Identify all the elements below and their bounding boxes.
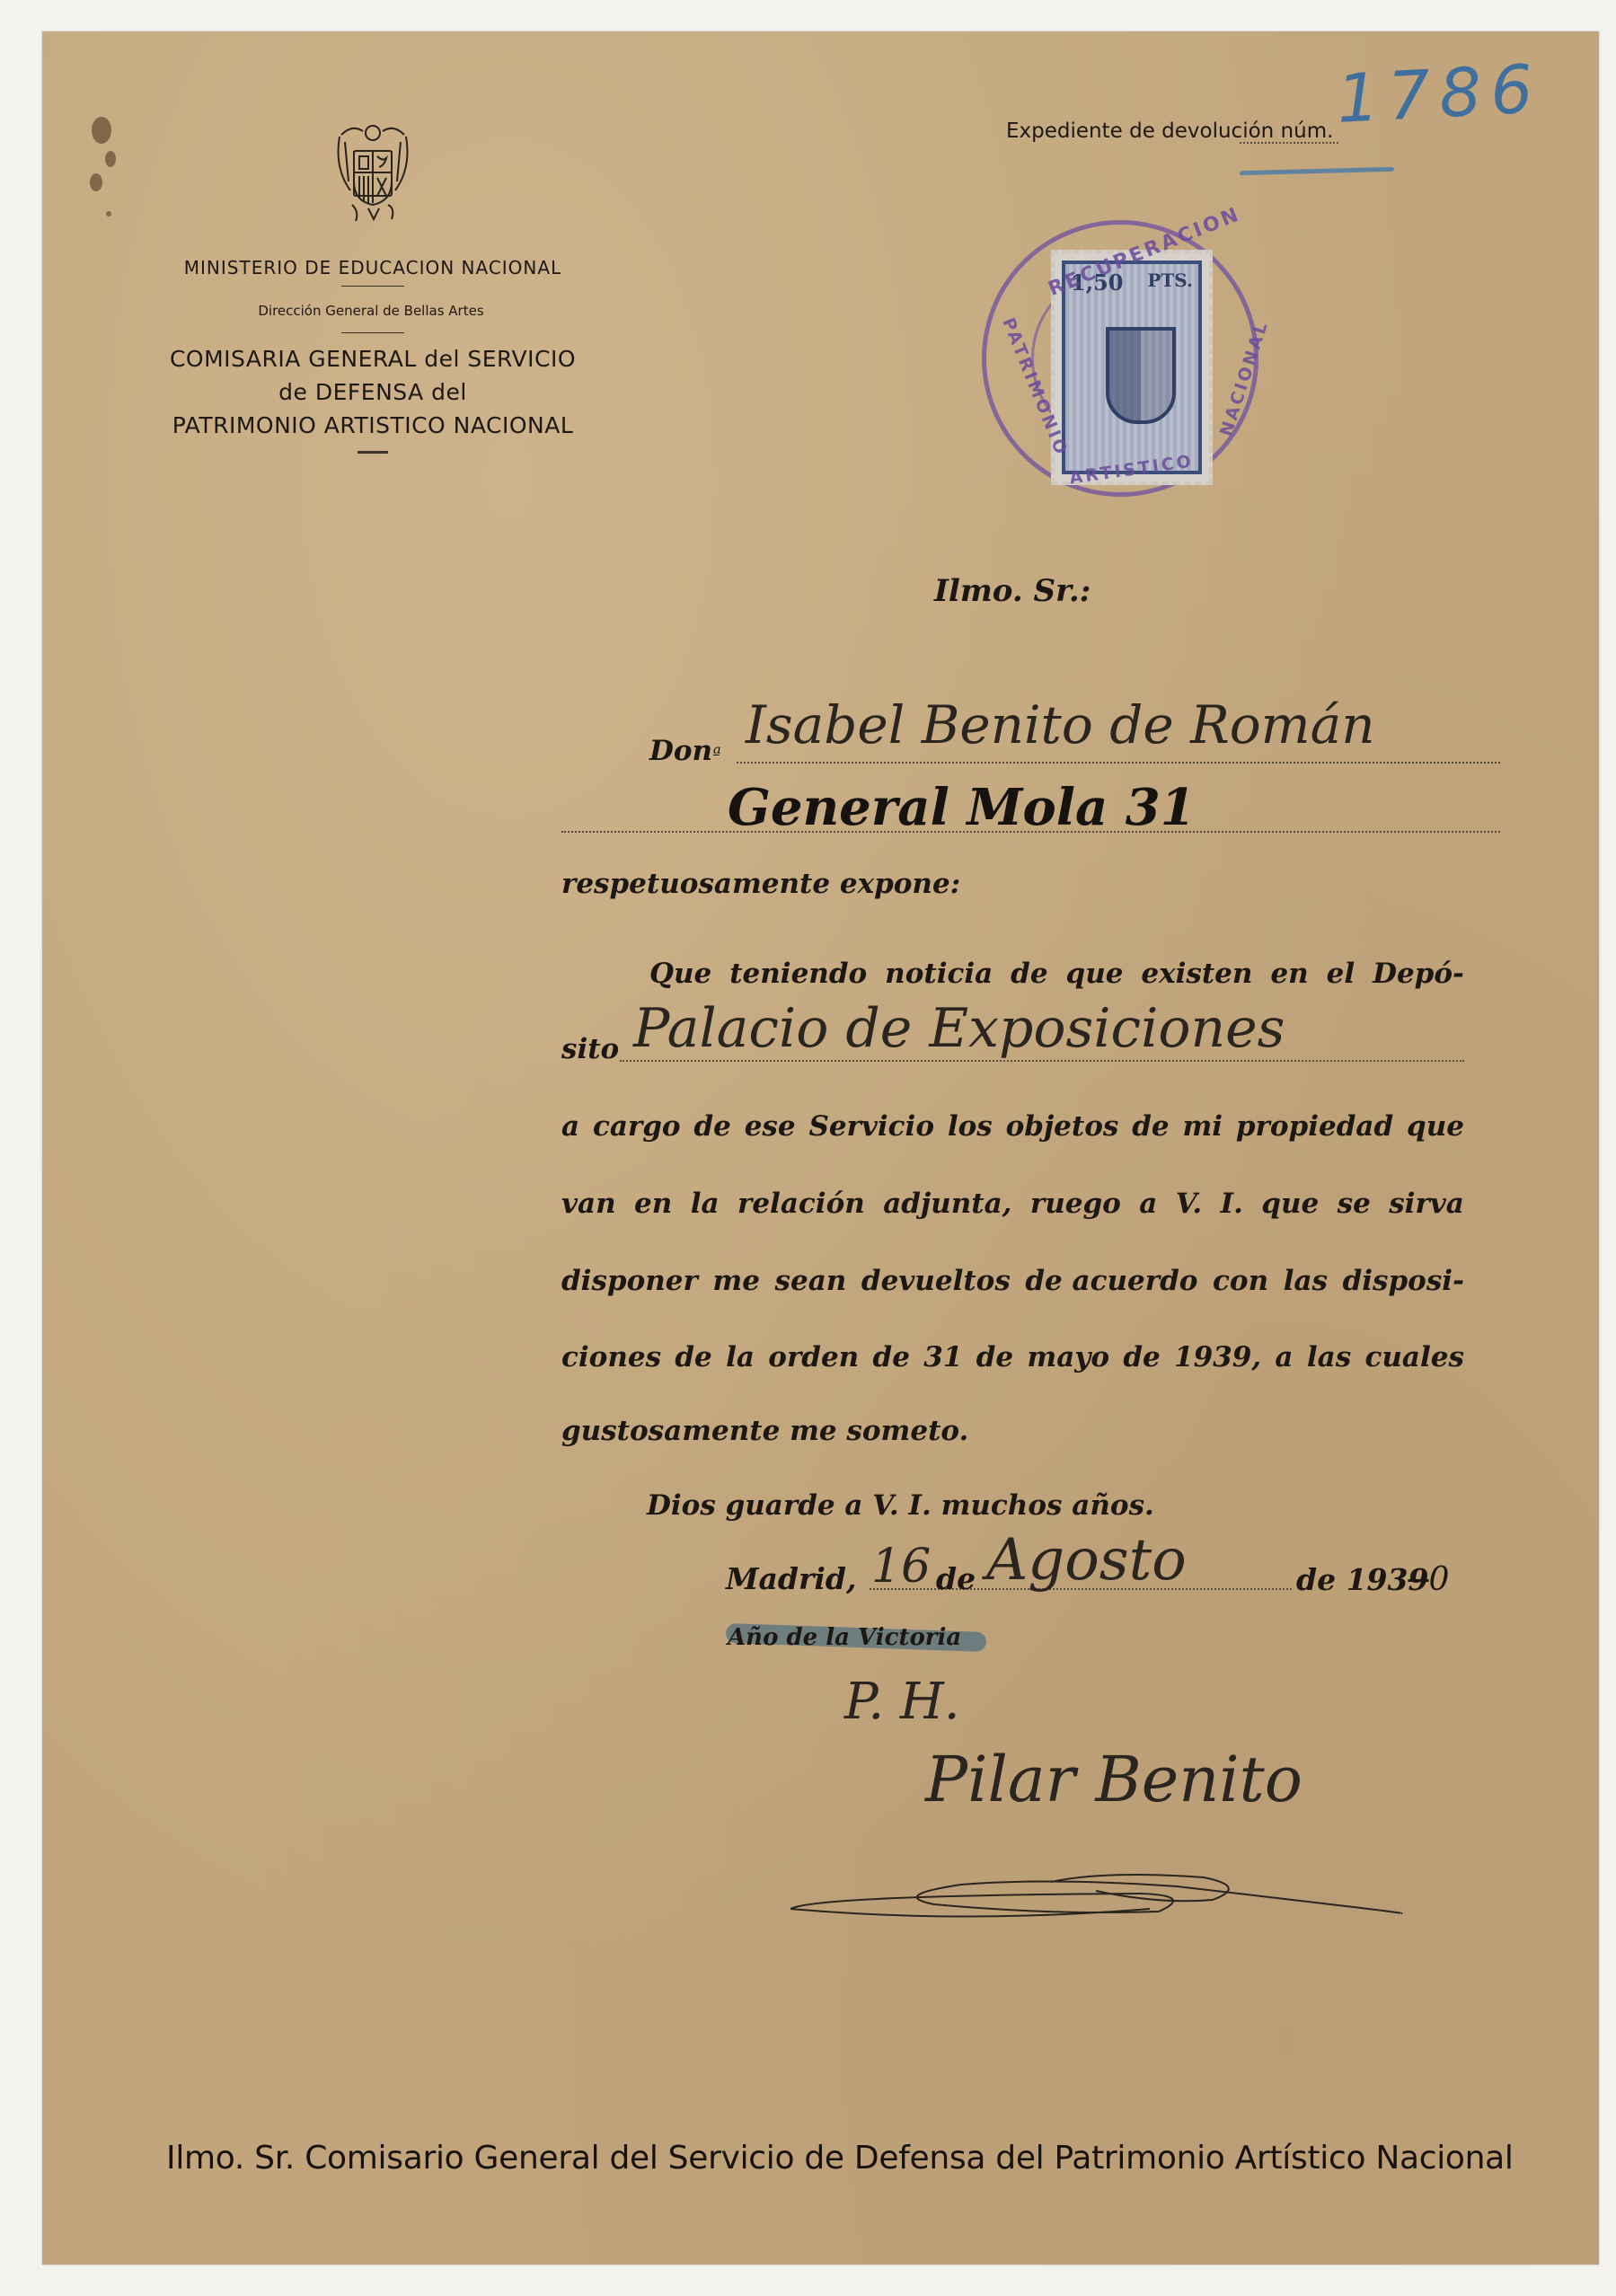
expediente-dotted-line: [1240, 142, 1338, 144]
victoria-text: Año de la Victoria: [728, 1624, 961, 1651]
word: las: [1284, 1265, 1328, 1297]
word: mayo: [1027, 1341, 1109, 1373]
word: de: [1132, 1110, 1169, 1143]
word: teniendo: [729, 958, 867, 990]
word: I.: [1221, 1188, 1243, 1220]
word: de: [693, 1110, 730, 1143]
word: los: [948, 1110, 993, 1143]
word: cargo: [593, 1110, 681, 1143]
word: devueltos: [861, 1265, 1011, 1297]
signature-name: Pilar Benito: [925, 1743, 1303, 1816]
intro-text: respetuosamente expone:: [561, 868, 960, 900]
word: objetos: [1006, 1110, 1119, 1143]
word: a: [1275, 1341, 1293, 1373]
name-dotted-line: [737, 762, 1500, 764]
salutation: Ilmo. Sr.:: [934, 573, 1091, 609]
word: sean: [775, 1265, 847, 1297]
word: que: [1261, 1188, 1319, 1220]
date-month: Agosto: [986, 1527, 1187, 1594]
word: 31: [923, 1341, 962, 1373]
word: que: [1066, 958, 1124, 990]
word: de: [976, 1341, 1013, 1373]
revenue-stamp-frame: 1,50 PTS.: [1062, 261, 1202, 474]
petitioner-address: General Mola 31: [728, 778, 1196, 837]
don-prefix: Donª: [649, 735, 721, 767]
word: las: [1307, 1341, 1351, 1373]
deposit-dotted-line: [620, 1060, 1464, 1062]
word: Depó-: [1373, 958, 1464, 990]
comisaria-line-2: de DEFENSA del: [170, 375, 576, 409]
body-line-6: ciones de la orden de 31 de mayo de 1939…: [561, 1341, 1464, 1373]
revenue-currency: PTS.: [1147, 269, 1193, 291]
date-year-handwritten-digit: 0: [1428, 1561, 1449, 1598]
word: de: [1011, 958, 1047, 990]
word: van: [561, 1188, 616, 1220]
body-line-3: a cargo de ese Servicio los objetos de m…: [561, 1110, 1464, 1143]
stain-mark: [105, 151, 116, 167]
comisaria-line-3: PATRIMONIO ARTISTICO NACIONAL: [170, 409, 576, 442]
stain-mark: [92, 117, 111, 144]
word: orden: [768, 1341, 859, 1373]
don-suffix: ª: [712, 743, 721, 764]
stain-mark: [90, 173, 102, 191]
date-year-printed: 193: [1347, 1562, 1408, 1597]
signature-flourish: [782, 1868, 1410, 1922]
date-de-1: de: [936, 1561, 976, 1596]
word: se: [1338, 1188, 1371, 1220]
direccion-heading: Dirección General de Bellas Artes: [258, 303, 483, 319]
word: que: [1407, 1110, 1464, 1143]
word: de: [873, 1341, 910, 1373]
stain-mark: [106, 211, 111, 216]
word: ese: [745, 1110, 796, 1143]
date-de-2: de: [1296, 1562, 1336, 1597]
word: con: [1213, 1265, 1268, 1297]
word: ciones: [561, 1341, 661, 1373]
word: en: [1270, 958, 1308, 990]
expediente-label: Expediente de devolución núm.: [1006, 119, 1333, 143]
word: existen: [1141, 958, 1252, 990]
expediente-number: 1786: [1335, 50, 1544, 138]
don-label: Don: [649, 735, 712, 767]
word: disposi-: [1343, 1265, 1464, 1297]
word: 1939,: [1174, 1341, 1261, 1373]
word: disponer: [561, 1265, 698, 1297]
deposit-prefix: sito: [561, 1033, 619, 1065]
addressee-footer: Ilmo. Sr. Comisario General del Servicio…: [166, 2140, 1514, 2177]
body-line-4: van en la relación adjunta, ruego a V. I…: [561, 1188, 1464, 1220]
word: la: [691, 1188, 720, 1220]
divider: [341, 332, 404, 333]
word: a: [561, 1110, 579, 1143]
word: cuales: [1364, 1341, 1463, 1373]
word: relación: [737, 1188, 865, 1220]
shield-icon: [1106, 327, 1176, 424]
body-line-1: Que teniendo noticia de que existen en e…: [649, 958, 1464, 990]
word: de: [675, 1341, 711, 1373]
word: de: [1123, 1341, 1160, 1373]
word: la: [726, 1341, 755, 1373]
date-day: 16: [871, 1540, 931, 1594]
word: Servicio: [808, 1110, 934, 1143]
petitioner-name: Isabel Benito de Román: [746, 694, 1375, 755]
word: Que: [649, 958, 711, 990]
closing-text: Dios guarde a V. I. muchos años.: [647, 1489, 1154, 1522]
body-line-7: gustosamente me someto.: [561, 1415, 968, 1447]
comisaria-heading: COMISARIA GENERAL del SERVICIO de DEFENS…: [170, 342, 576, 442]
body-line-5: disponer me sean devueltos de acuerdo co…: [561, 1265, 1464, 1297]
date-year-struck-digit: 9: [1408, 1562, 1428, 1597]
word: ruego: [1030, 1188, 1121, 1220]
word: de acuerdo: [1025, 1265, 1197, 1297]
word: V.: [1176, 1188, 1202, 1220]
signature-ph: P. H.: [844, 1673, 960, 1731]
word: propiedad: [1236, 1110, 1393, 1143]
word: mi: [1182, 1110, 1223, 1143]
word: noticia: [885, 958, 993, 990]
coat-of-arms-icon: [332, 119, 413, 226]
divider: [358, 451, 388, 454]
divider: [341, 286, 404, 287]
word: el: [1327, 958, 1355, 990]
date-city: Madrid,: [726, 1561, 856, 1596]
word: adjunta,: [883, 1188, 1011, 1220]
ministry-heading: MINISTERIO DE EDUCACION NACIONAL: [184, 257, 561, 278]
word: me: [712, 1265, 760, 1297]
word: en: [634, 1188, 672, 1220]
word: sirva: [1389, 1188, 1464, 1220]
comisaria-line-1: COMISARIA GENERAL del SERVICIO: [170, 342, 576, 375]
word: a: [1139, 1188, 1157, 1220]
date-year: de 19390: [1296, 1561, 1449, 1598]
deposit-name: Palacio de Exposiciones: [633, 997, 1285, 1060]
